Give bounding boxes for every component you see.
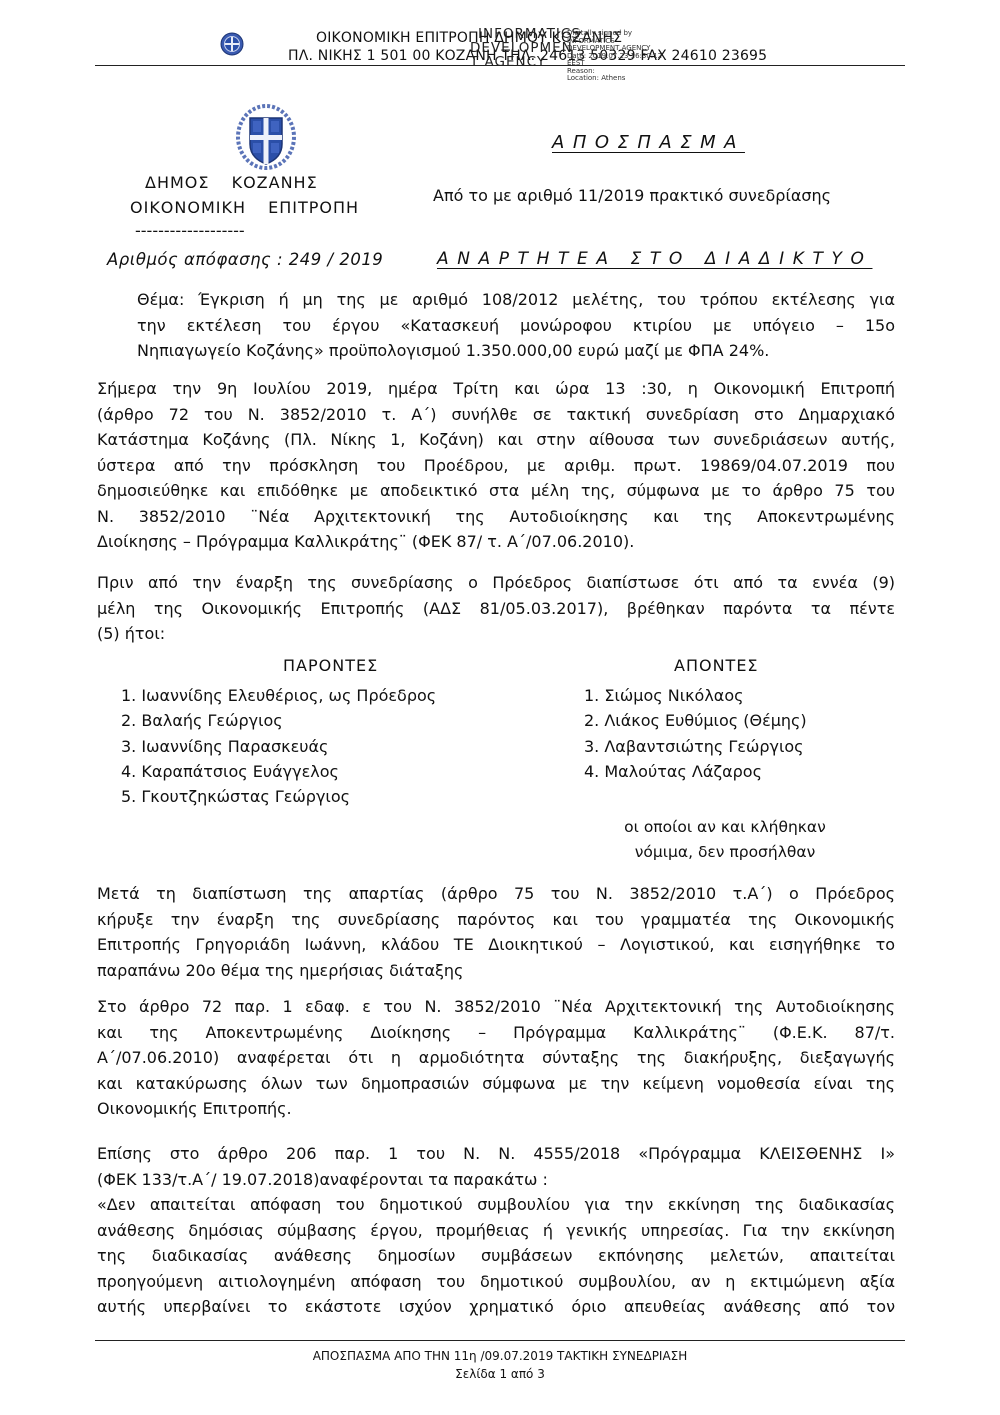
text-line: ύστερα από την πρόσκληση του Προέδρου, μ… xyxy=(97,453,895,479)
present-members-list: 1. Ιωαννίδης Ελευθέριος, ως Πρόεδρος 2. … xyxy=(121,683,436,809)
text-line: Διοίκησης – Πρόγραμμα Καλλικράτης¨ (ΦΕΚ … xyxy=(97,529,895,555)
signature-line-2: DEVELOPMEN xyxy=(470,41,581,55)
present-heading: ΠΑΡΟΝΤΕΣ xyxy=(283,656,378,675)
text-line: Σήμερα την 9η Ιουλίου 2019, ημέρα Τρίτη … xyxy=(97,376,895,402)
text-line: μέλη της Οικονομικής Επιτροπής (ΑΔΣ 81/0… xyxy=(97,596,895,622)
text-line: Α΄/07.06.2010) αναφέρεται ότι η αρμοδιότ… xyxy=(97,1045,895,1071)
text-line: και της Αποκεντρωμένης Διοίκησης – Πρόγρ… xyxy=(97,1020,895,1046)
posting-notice: ΑΝΑΡΤΗΤΕΑ ΣΤΟ ΔΙΑΔΙΚΤΥΟ xyxy=(437,249,872,269)
list-item: 5. Γκουτζηκώστας Γεώργιος xyxy=(121,784,436,809)
signature-meta-line: Location: Athens xyxy=(567,75,662,83)
committee-name: ΟΙΚΟΝΟΜΙΚΗ ΕΠΙΤΡΟΠΗ xyxy=(130,198,359,217)
list-item: 2. Βαλαής Γεώργιος xyxy=(121,708,436,733)
minutes-reference: Από το με αριθμό 11/2019 πρακτικό συνεδρ… xyxy=(433,186,831,205)
text-line: δημοσιεύθηκε και επιδόθηκε με αποδεικτικ… xyxy=(97,478,895,504)
text-line: Νηπιαγωγείο Κοζάνης» προϋπολογισμού 1.35… xyxy=(137,338,895,364)
subject-paragraph: Θέμα: Έγκριση ή μη της με αριθμό 108/201… xyxy=(137,287,895,364)
text-line: την εκτέλεση του έργου «Κατασκευή μονώρο… xyxy=(137,313,895,339)
signature-metadata: Digitally signed by INFORMATICS DEVELOPM… xyxy=(567,30,662,83)
municipality-name: ΔΗΜΟΣ ΚΟΖΑΝΗΣ xyxy=(145,173,318,192)
document-title: ΑΠΟΣΠΑΣΜΑ xyxy=(552,132,745,153)
text-line: της διαδικασίας ανάθεσης δημοσίων συμβάσ… xyxy=(97,1243,895,1269)
text-line: Επιτροπής Γρηγοριάδη Ιωάννη, κλάδου ΤΕ Δ… xyxy=(97,932,895,958)
digital-signature-stamp: INFORMATICS DEVELOPMEN T AGENCY xyxy=(470,27,581,69)
absent-note: οι οποίοι αν και κλήθηκαν νόμιμα, δεν πρ… xyxy=(590,815,860,865)
law-quote-paragraph: Επίσης στο άρθρο 206 παρ. 1 του Ν. Ν. 45… xyxy=(97,1141,895,1320)
text-line: προηγούμενη αιτιολογημένη απόφαση του δη… xyxy=(97,1269,895,1295)
text-line: κήρυξε την έναρξη της συνεδρίασης παρόντ… xyxy=(97,907,895,933)
list-item: 3. Ιωαννίδης Παρασκευάς xyxy=(121,734,436,759)
text-line: Πριν από την έναρξη της συνεδρίασης ο Πρ… xyxy=(97,570,895,596)
text-line: Οικονομικής Επιτροπής. xyxy=(97,1096,895,1122)
text-line: οι οποίοι αν και κλήθηκαν xyxy=(590,815,860,840)
text-line: Ν. 3852/2010 ¨Νέα Αρχιτεκτονική της Αυτο… xyxy=(97,504,895,530)
text-line: «Δεν απαιτείται απόφαση του δημοτικού συ… xyxy=(97,1192,895,1218)
list-item: 3. Λαβαντσιώτης Γεώργιος xyxy=(584,734,807,759)
list-item: 4. Μαλούτας Λάζαρος xyxy=(584,759,807,784)
text-line: (ΦΕΚ 133/τ.Α΄/ 19.07.2018)αναφέρονται τα… xyxy=(97,1167,895,1193)
greek-coat-of-arms-icon xyxy=(220,32,244,56)
text-line: Θέμα: Έγκριση ή μη της με αριθμό 108/201… xyxy=(137,287,895,313)
opening-paragraph: Μετά τη διαπίστωση της απαρτίας (άρθρο 7… xyxy=(97,881,895,983)
text-line: νόμιμα, δεν προσήλθαν xyxy=(590,840,860,865)
text-line: Κατάστημα Κοζάνης (Πλ. Νίκης 1, Κοζάνη) … xyxy=(97,427,895,453)
separator: ------------------- xyxy=(135,221,245,240)
quorum-paragraph: Πριν από την έναρξη της συνεδρίασης ο Πρ… xyxy=(97,570,895,647)
text-line: Στο άρθρο 72 παρ. 1 εδαφ. ε του Ν. 3852/… xyxy=(97,994,895,1020)
list-item: 1. Ιωαννίδης Ελευθέριος, ως Πρόεδρος xyxy=(121,683,436,708)
greek-coat-of-arms-icon xyxy=(236,104,296,170)
page-number: Σελίδα 1 από 3 xyxy=(0,1367,1000,1381)
signature-line-3: T AGENCY xyxy=(470,55,581,69)
text-line: και κατακύρωσης όλων των δημοπρασιών σύμ… xyxy=(97,1071,895,1097)
text-line: (5) ήτοι: xyxy=(97,621,895,647)
signature-line-1: INFORMATICS xyxy=(470,27,581,41)
text-line: Μετά τη διαπίστωση της απαρτίας (άρθρο 7… xyxy=(97,881,895,907)
text-line: (άρθρο 72 του Ν. 3852/2010 τ. Α΄) συνήλθ… xyxy=(97,402,895,428)
list-item: 1. Σιώμος Νικόλαος xyxy=(584,683,807,708)
meeting-paragraph: Σήμερα την 9η Ιουλίου 2019, ημέρα Τρίτη … xyxy=(97,376,895,555)
text-line: Επίσης στο άρθρο 206 παρ. 1 του Ν. Ν. 45… xyxy=(97,1141,895,1167)
absent-members-list: 1. Σιώμος Νικόλαος 2. Λιάκος Ευθύμιος (Θ… xyxy=(584,683,807,784)
list-item: 2. Λιάκος Ευθύμιος (Θέμης) xyxy=(584,708,807,733)
text-line: ανάθεσης δημόσιας σύμβασης έργου, προμήθ… xyxy=(97,1218,895,1244)
legal-basis-paragraph: Στο άρθρο 72 παρ. 1 εδαφ. ε του Ν. 3852/… xyxy=(97,994,895,1122)
text-line: αυτής υπερβαίνει το εκάστοτε ισχύον χρημ… xyxy=(97,1294,895,1320)
footer-title: ΑΠΟΣΠΑΣΜΑ ΑΠΟ ΤΗΝ 11η /09.07.2019 ΤΑΚΤΙΚ… xyxy=(0,1349,1000,1363)
list-item: 4. Καραπάτσιος Ευάγγελος xyxy=(121,759,436,784)
decision-number: Αριθμός απόφασης : 249 / 2019 xyxy=(107,250,383,269)
text-line: παραπάνω 20ο θέμα της ημερήσιας διάταξης xyxy=(97,958,895,984)
absent-heading: ΑΠΟΝΤΕΣ xyxy=(674,656,759,675)
footer-divider xyxy=(95,1340,905,1341)
